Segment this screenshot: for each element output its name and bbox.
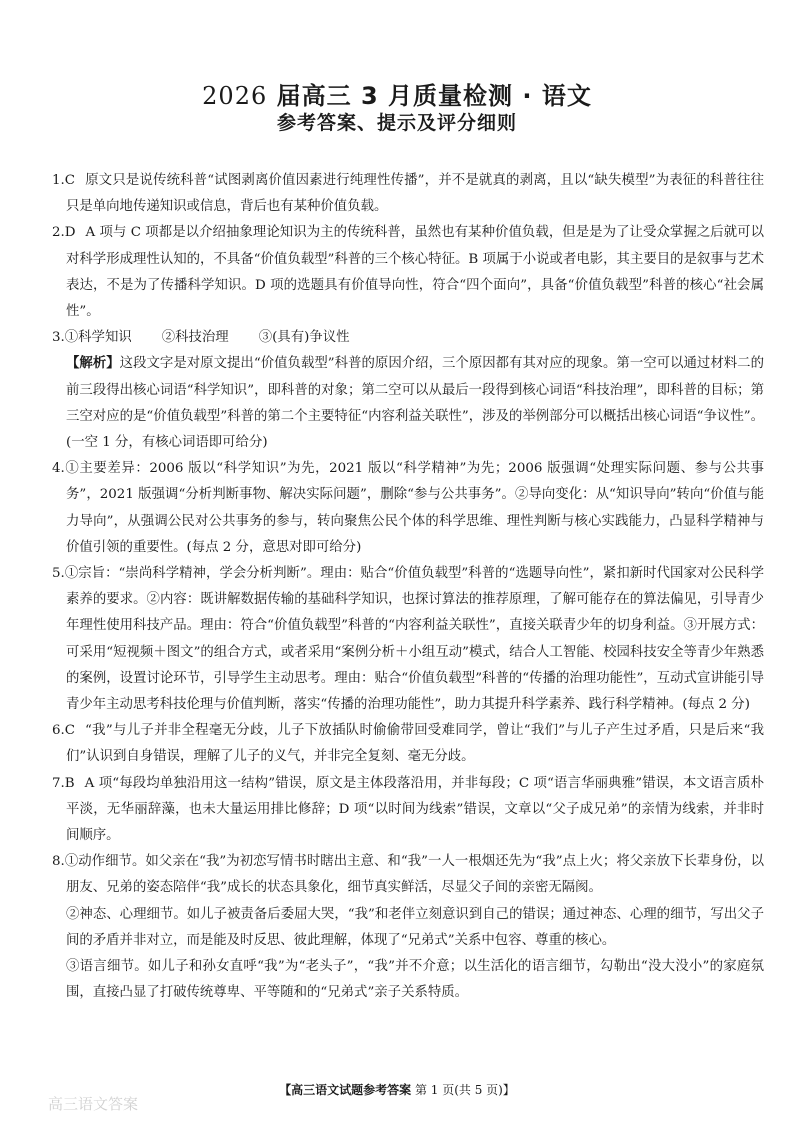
answer-label: 4.	[52, 461, 65, 476]
document-title: 2026 届高三 3 月质量检测 · 语文	[0, 76, 794, 111]
analysis-text: 这段文字是对原文提出“价值负载型”科普的原因介绍，三个原因都有其对应的现象。第一…	[66, 356, 764, 450]
answer-1: 1.C原文只是说传统科普“试图剥离价值因素进行纯理性传播”，并不是就真的剥离，且…	[52, 168, 764, 220]
answer-5: 5.①宗旨：“崇尚科学精神，学会分析判断”。理由：贴合“价值负载型”科普的“选题…	[52, 561, 764, 718]
answer-label: 8.	[52, 854, 65, 869]
answer-text: ①动作细节。如父亲在“我”为初恋写情书时瞎出主意、和“我”一人一根烟还先为“我”…	[65, 854, 764, 895]
answer-text: ①宗旨：“崇尚科学精神，学会分析判断”。理由：贴合“价值负载型”科普的“选题导向…	[65, 566, 764, 712]
answer-3: 3.①科学知识②科技治理③(具有)争议性	[52, 325, 764, 351]
footer-title: 【高三语文试题参考答案	[279, 1083, 411, 1097]
answer-label: 2.D	[52, 225, 76, 240]
answer-6: 6.C“我”与儿子并非全程毫无分歧，儿子下放插队时偷偷带回受难同学，曾让“我们”…	[52, 718, 764, 770]
analysis-tag: 【解析】	[66, 356, 120, 371]
footer-page-number: 第 1 页(共 5 页)】	[415, 1083, 515, 1097]
answer-4: 4.①主要差异：2006 版以“科学知识”为先，2021 版以“科学精神”为先；…	[52, 456, 764, 561]
answer-text: ①主要差异：2006 版以“科学知识”为先，2021 版以“科学精神”为先；20…	[65, 461, 764, 555]
watermark: 高三语文答案	[48, 1093, 138, 1114]
title-text: 届高三 3 月质量检测 · 语文	[277, 82, 592, 110]
answer-2: 2.DA 项与 C 项都是以介绍抽象理论知识为主的传统科普，虽然也有某种价值负载…	[52, 220, 764, 325]
blank-1: ①科学知识	[65, 330, 132, 345]
blank-3: ③(具有)争议性	[259, 330, 350, 345]
answer-content: 1.C原文只是说传统科普“试图剥离价值因素进行纯理性传播”，并不是就真的剥离，且…	[52, 168, 764, 1007]
answer-label: 5.	[52, 566, 65, 581]
answer-label: 6.C	[52, 723, 75, 738]
blank-2: ②科技治理	[162, 330, 229, 345]
answer-text: A 项与 C 项都是以介绍抽象理论知识为主的传统科普，虽然也有某种价值负载，但是…	[66, 225, 764, 319]
answer-8-point-3: ③语言细节。如儿子和孙女直呼“我”为“老头子”，“我”并不介意；以生活化的语言细…	[52, 954, 764, 1006]
answer-text: 原文只是说传统科普“试图剥离价值因素进行纯理性传播”，并不是就真的剥离，且以“缺…	[66, 173, 764, 214]
title-year: 2026	[202, 82, 267, 110]
answer-8-point-2: ②神态、心理细节。如儿子被责备后委屈大哭，“我”和老伴立刻意识到自己的错误；通过…	[52, 902, 764, 954]
answer-label: 1.C	[52, 173, 75, 188]
answer-7: 7.BA 项“每段均单独沿用这一结构”错误，原文是主体段落沿用，并非每段；C 项…	[52, 771, 764, 850]
answer-label: 3.	[52, 330, 65, 345]
document-subtitle: 参考答案、提示及评分细则	[0, 108, 794, 135]
answer-text: A 项“每段均单独沿用这一结构”错误，原文是主体段落沿用，并非每段；C 项“语言…	[66, 776, 764, 843]
answer-text: “我”与儿子并非全程毫无分歧，儿子下放插队时偷偷带回受难同学，曾让“我们”与儿子…	[66, 723, 764, 764]
answer-8: 8.①动作细节。如父亲在“我”为初恋写情书时瞎出主意、和“我”一人一根烟还先为“…	[52, 849, 764, 901]
answer-3-analysis: 【解析】这段文字是对原文提出“价值负载型”科普的原因介绍，三个原因都有其对应的现…	[52, 351, 764, 456]
answer-label: 7.B	[52, 776, 75, 791]
